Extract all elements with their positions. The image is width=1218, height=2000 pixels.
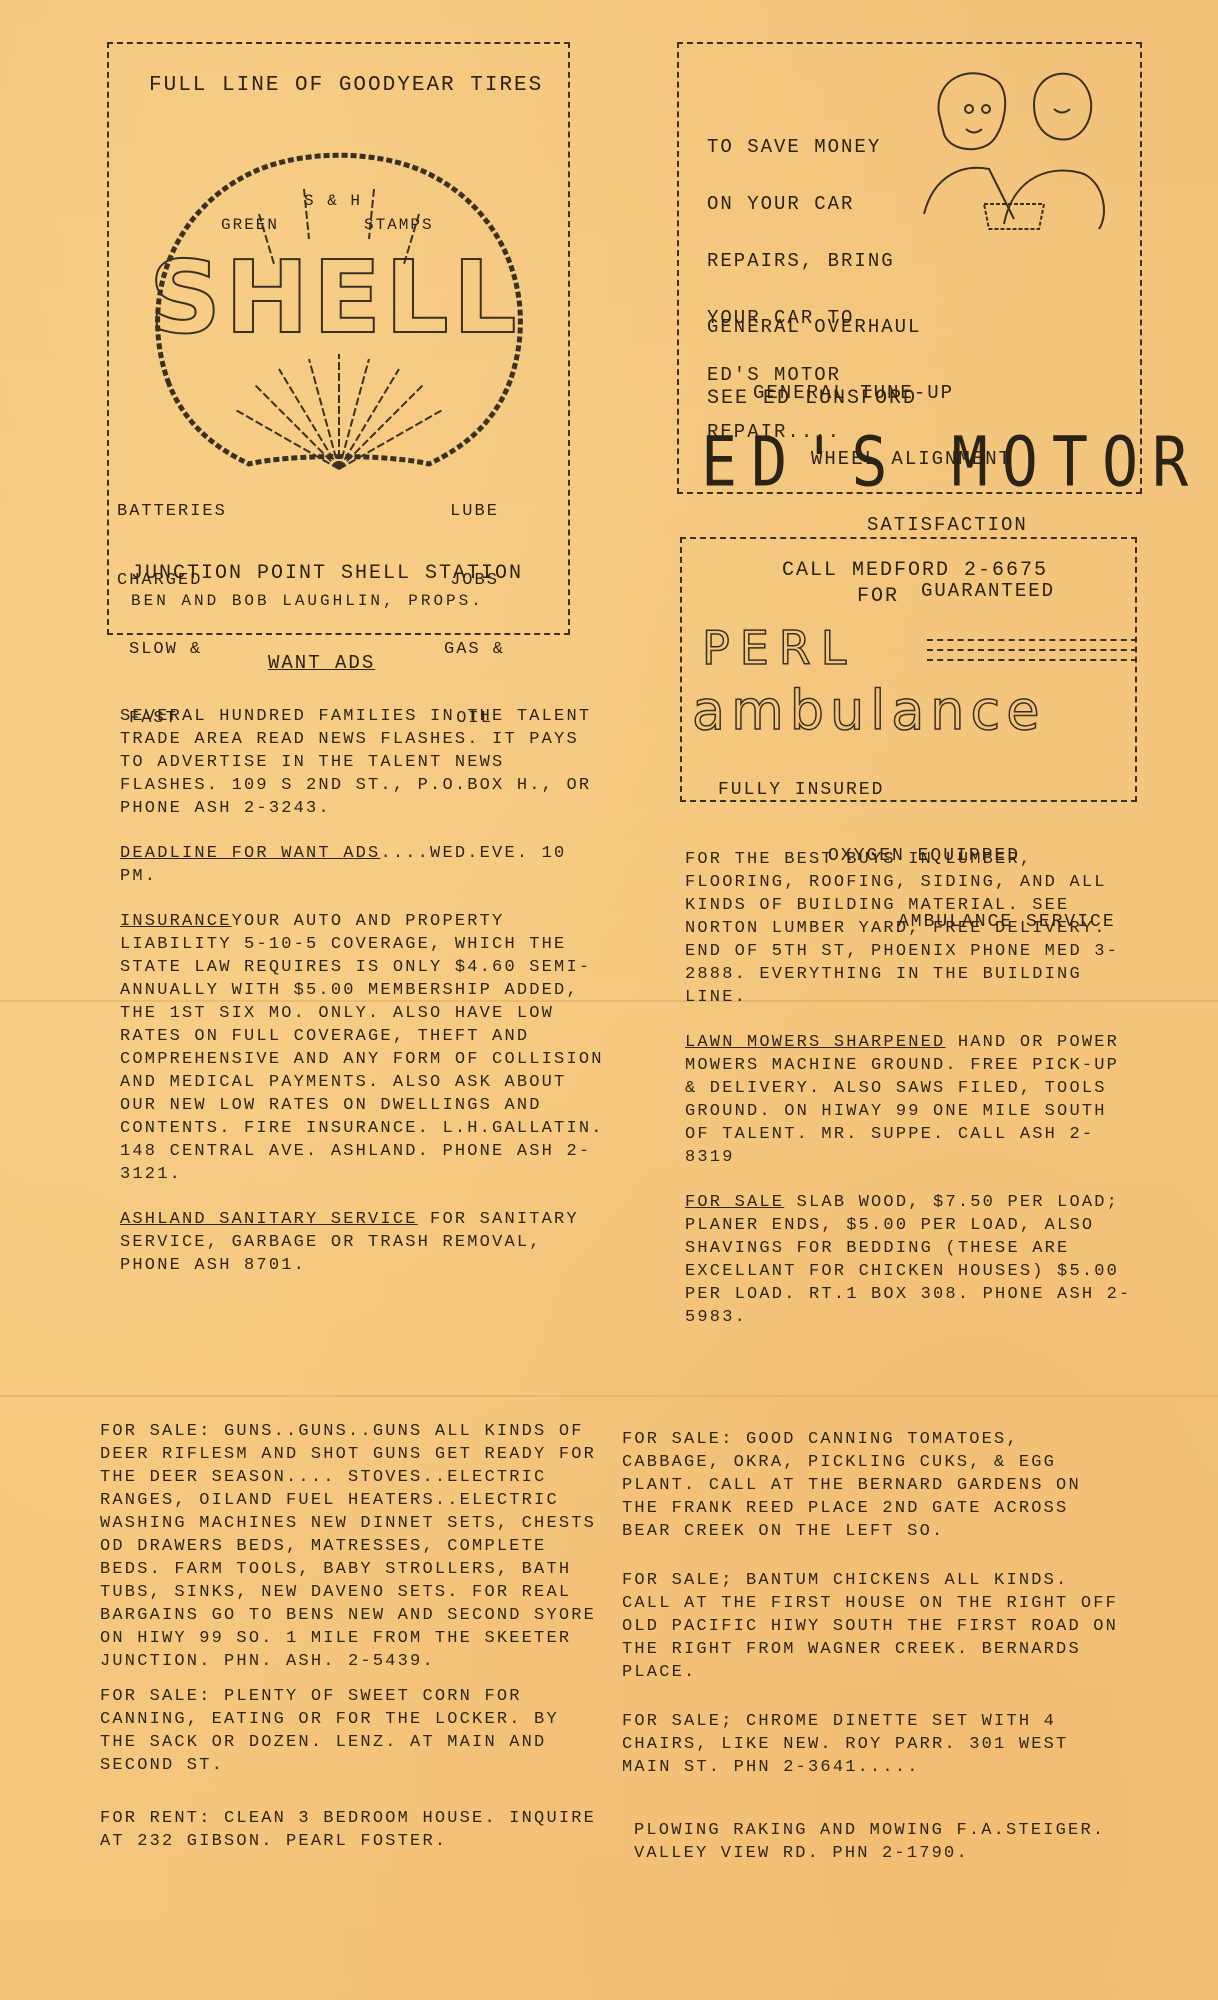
ambulance-phone: CALL MEDFORD 2-6675 [782, 559, 1048, 582]
list-item: ASHLAND SANITARY SERVICE For sanitary se… [120, 1208, 610, 1277]
stamps-right-label: STAMPS [364, 216, 434, 234]
list-item: LAWN MOWERS SHARPENED Hand or power mowe… [685, 1031, 1135, 1169]
list-item: Several hundred families in the Talent T… [120, 705, 610, 820]
list-item: Plowing raking and mowing F.A.Steiger. V… [634, 1819, 1122, 1865]
list-item: For SALE; Bantum chickens all kinds. Cal… [622, 1569, 1122, 1684]
stamps-top-label: S & H [304, 192, 362, 210]
list-item: FOR SALE: GUNS..GUNS..GUNS all kinds of … [100, 1420, 605, 1673]
list-item: DEADLINE FOR WANT ADS....Wed.Eve. 10 pm. [120, 842, 610, 888]
eds-wordmark: ED'S MOTOR REPAIR [701, 422, 1218, 503]
list-item: For the Best Buys in LUMBER, FLOORING, R… [685, 848, 1135, 1009]
list-item: For SALE; Chrome dinette set with 4 chai… [622, 1710, 1122, 1779]
station-name: JUNCTION POINT SHELL STATION [131, 562, 523, 585]
goodyear-tagline: FULL LINE OF GOODYEAR TIRES [149, 74, 543, 97]
decorative-lines [927, 639, 1137, 679]
proprietors: BEN AND BOB LAUGHLIN, PROPS. [131, 592, 484, 610]
stamps-left-label: GREEN [221, 216, 279, 234]
couple-illustration-icon [894, 54, 1134, 254]
bottom-right-column: FOR SALE: Good canning tomatoes, cabbage… [622, 1428, 1122, 1865]
list-item: FOR SALE: Good canning tomatoes, cabbage… [622, 1428, 1122, 1543]
perl-wordmark: PERL [702, 621, 856, 675]
list-item: FOR RENT: Clean 3 bedroom house. Inquire… [100, 1807, 605, 1853]
eds-contact: SEE ED LUNSFORD [707, 387, 917, 410]
right-column: For the Best Buys in LUMBER, FLOORING, R… [685, 848, 1135, 1329]
list-item: INSURANCEYour auto and property liabilit… [120, 910, 610, 1186]
shell-station-ad: FULL LINE OF GOODYEAR TIRES S & H GREEN … [107, 42, 570, 635]
list-item: FOR SALE Slab wood, $7.50 per load; plan… [685, 1191, 1135, 1329]
paper-fold [0, 1395, 1218, 1397]
bottom-left-column: FOR SALE: GUNS..GUNS..GUNS all kinds of … [100, 1420, 605, 1853]
ambulance-for: FOR [857, 585, 899, 608]
left-column: Several hundred families in the Talent T… [120, 705, 610, 1277]
want-ads-heading: WANT ADS [268, 652, 375, 674]
perl-ambulance-ad: CALL MEDFORD 2-6675 FOR PERL AMBULANCE F… [680, 537, 1137, 802]
shell-wordmark: SHELL [149, 239, 520, 356]
list-item: FOR SALE: PLENTY of sweet corn for canni… [100, 1685, 605, 1777]
eds-motor-repair-ad: TO SAVE MONEY ON YOUR CAR REPAIRS, BRING… [677, 42, 1142, 494]
ambulance-wordmark: AMBULANCE [692, 679, 1045, 742]
